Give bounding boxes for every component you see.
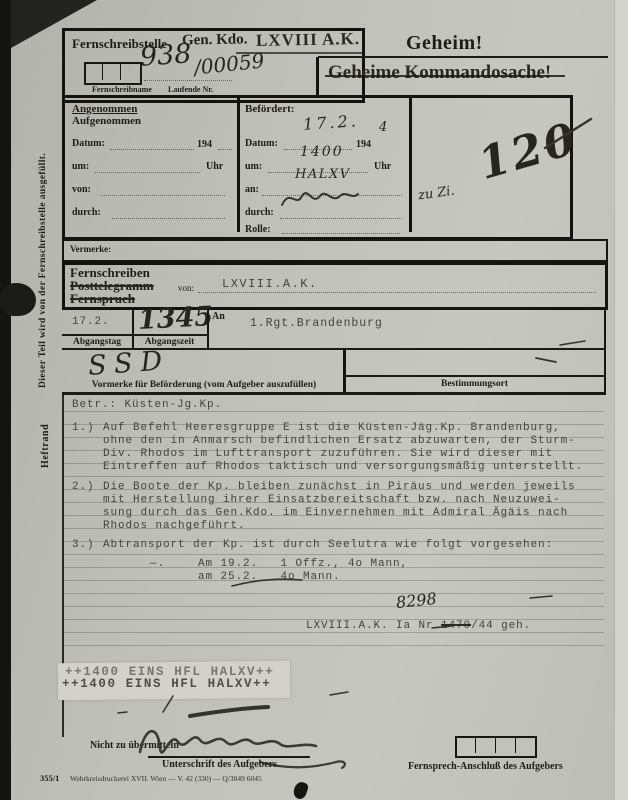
dispatch-bottomline bbox=[62, 392, 606, 395]
telegram-form-scan: Dieser Teil wird von der Fernschreibstel… bbox=[0, 0, 628, 800]
bestimmungsort-label: Bestimmungsort bbox=[343, 379, 606, 389]
reference-line: LXVIII.A.K. Ia Nr.1470/44 geh. bbox=[276, 608, 531, 644]
scan-edge-left bbox=[0, 0, 11, 800]
durch-label: durch: bbox=[72, 207, 101, 218]
unterschrift-label: Unterschrift des Aufgebers bbox=[162, 759, 277, 770]
fernsprech-label: Fernsprech-Anschluß des Aufgebers bbox=[408, 761, 563, 772]
recipient-value: 1.Rgt.Brandenburg bbox=[250, 317, 383, 330]
durch-field-line bbox=[112, 218, 225, 219]
dispatch-cell-divider bbox=[207, 310, 209, 348]
hw-befoerdert-time: 1400 bbox=[300, 144, 344, 160]
header-cell-divider bbox=[102, 63, 103, 80]
phone-cell-divider bbox=[475, 737, 476, 753]
schedule-dash: —. bbox=[150, 558, 165, 570]
b-datum-label: Datum: bbox=[245, 138, 278, 149]
type-von-label: von: bbox=[178, 283, 194, 293]
para1-number: 1.) bbox=[72, 422, 95, 434]
sender-value: LXVIII.A.K. bbox=[222, 277, 318, 291]
unit-stamp: LXVIII A.K. bbox=[256, 29, 360, 51]
serial-label: Laufende Nr. bbox=[168, 85, 213, 94]
vormerke-befoerderung-label: Vormerke für Beförderung (vom Aufgeber a… bbox=[66, 380, 342, 390]
name-label: Fernschreibname bbox=[92, 85, 152, 94]
dispatch-right-border bbox=[604, 310, 606, 395]
b-durch-field-line bbox=[280, 218, 402, 219]
von-field-line bbox=[100, 195, 225, 196]
para1-line: Auf Befehl Heeresgruppe E ist die Küsten… bbox=[103, 422, 561, 434]
para2-line: Die Boote der Kp. bleiben zunächst in Pi… bbox=[103, 481, 576, 493]
b-year-prefix: 194 bbox=[356, 139, 371, 150]
abgangstag-label: Abgangstag bbox=[62, 337, 132, 347]
vermerke-box bbox=[62, 239, 608, 262]
grid-divider bbox=[409, 97, 412, 232]
sender-field-line bbox=[198, 292, 596, 293]
datum-label: Datum: bbox=[72, 138, 105, 149]
para3-line: Abtransport der Kp. ist durch Seelutra w… bbox=[103, 539, 553, 551]
hw-befoerdert-year: 4 bbox=[379, 120, 387, 135]
schedule-line: Am 19.2. 1 Offz., 4o Mann, bbox=[198, 558, 408, 570]
dispatch-day: 17.2. bbox=[72, 316, 110, 328]
an-label: An bbox=[212, 311, 225, 322]
margin-note-vertical: Dieser Teil wird von der Fernschreibstel… bbox=[38, 30, 48, 388]
print-code: 355/1 bbox=[40, 773, 59, 783]
b-uhr-label: Uhr bbox=[374, 161, 391, 172]
befoerdert-label: Befördert: bbox=[245, 103, 294, 115]
header-cell-divider bbox=[120, 63, 121, 80]
serial-field-line bbox=[144, 80, 232, 81]
para2-line: Rhodos nachgeführt. bbox=[103, 520, 246, 532]
unit-stamp-prefix: Gen. Kdo. bbox=[182, 31, 248, 49]
scan-blob-left bbox=[0, 283, 36, 316]
von-label: von: bbox=[72, 184, 91, 195]
type-fernspruch: Fernspruch bbox=[70, 291, 135, 307]
print-info: Wehrkreisdruckerei XVII. Wien — V. 42 (3… bbox=[70, 774, 262, 783]
teletype-line: ++1400 EINS HFL HALXV++ bbox=[62, 677, 271, 691]
rolle-label: Rolle: bbox=[245, 224, 271, 235]
para1-line: ohne den in Anmarsch befindlichen Ersatz… bbox=[103, 435, 576, 447]
aufgenommen-label: Aufgenommen bbox=[72, 115, 141, 127]
gkdos-left-border bbox=[316, 57, 319, 95]
heftrand-label: Heftrand bbox=[40, 396, 51, 468]
dispatch-label-topline bbox=[62, 334, 207, 336]
year-prefix: 194 bbox=[197, 139, 212, 150]
um-field-line bbox=[95, 172, 200, 173]
reference-suffix: /44 geh. bbox=[471, 620, 531, 632]
geheim-underline bbox=[318, 56, 608, 58]
scan-edge-right bbox=[614, 0, 628, 800]
para1-line: Eintreffen auf Rhodos taktisch und verso… bbox=[103, 461, 583, 473]
phone-cell-divider bbox=[515, 737, 516, 753]
signature-line bbox=[148, 756, 310, 758]
phone-cell-divider bbox=[495, 737, 496, 753]
hw-befoerdert-date: 17.2. bbox=[302, 111, 359, 134]
betreff-line: Betr.: Küsten-Jg.Kp. bbox=[72, 399, 222, 411]
dest-inner-line bbox=[343, 375, 606, 377]
b-an-label: an: bbox=[245, 184, 259, 195]
schedule-line: am 25.2. 4o Mann. bbox=[198, 571, 341, 583]
b-an-field-line bbox=[262, 195, 402, 196]
para1-line: Div. Rhodos im Lufttransport zuzuführen.… bbox=[103, 448, 553, 460]
abgangszeit-label: Abgangszeit bbox=[132, 337, 207, 347]
um-label: um: bbox=[72, 161, 89, 172]
year-field-line bbox=[218, 149, 232, 150]
para2-line: mit Herstellung ihrer Einsatzbereitschaf… bbox=[103, 494, 561, 506]
scan-blob-bottom bbox=[292, 780, 310, 800]
grid-divider bbox=[237, 97, 240, 232]
uhr-label: Uhr bbox=[206, 161, 223, 172]
para3-number: 3.) bbox=[72, 539, 95, 551]
geheim-label: Geheim! bbox=[406, 32, 483, 55]
reference-struck-number: 1470 bbox=[441, 620, 471, 632]
para2-line: sung durch das Gen.Kdo. im Einvernehmen … bbox=[103, 507, 568, 519]
gkdos-strike bbox=[325, 75, 565, 77]
para2-number: 2.) bbox=[72, 481, 95, 493]
phone-cells bbox=[455, 736, 537, 758]
hw-dispatch-time: 1345 bbox=[137, 301, 214, 336]
rolle-field-line bbox=[282, 233, 400, 234]
vermerke-label: Vermerke: bbox=[70, 244, 111, 254]
header-cells bbox=[84, 62, 142, 85]
gkdos-label: Geheime Kommandosache! bbox=[328, 62, 551, 84]
b-um-label: um: bbox=[245, 161, 262, 172]
datum-field-line bbox=[110, 149, 194, 150]
reference-prefix: LXVIII.A.K. Ia Nr. bbox=[306, 620, 441, 632]
hw-priority: SSD bbox=[87, 345, 171, 382]
hw-telegram-number: 938 bbox=[139, 38, 193, 73]
hw-befoerdert-to: HALXV bbox=[295, 167, 351, 182]
angenommen-label: Angenommen bbox=[72, 103, 137, 115]
b-durch-label: durch: bbox=[245, 207, 274, 218]
